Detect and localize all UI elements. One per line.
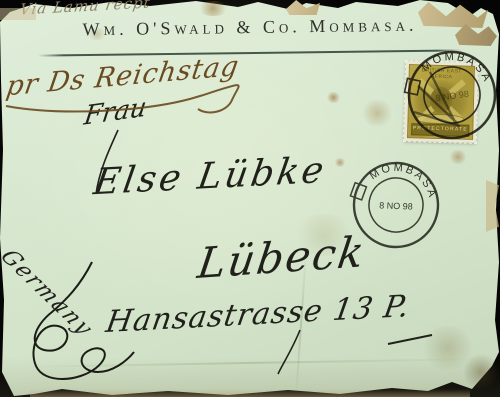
postmark-upper: MOMBASA 8 NO 98 — [395, 38, 500, 152]
postmark-date: 8 NO 98 — [435, 89, 470, 104]
postmark-date: 8 NO 98 — [379, 200, 413, 211]
photo-background: Wm. O'Swald & Co. Mombasa. Via Lamu recp… — [0, 0, 500, 397]
